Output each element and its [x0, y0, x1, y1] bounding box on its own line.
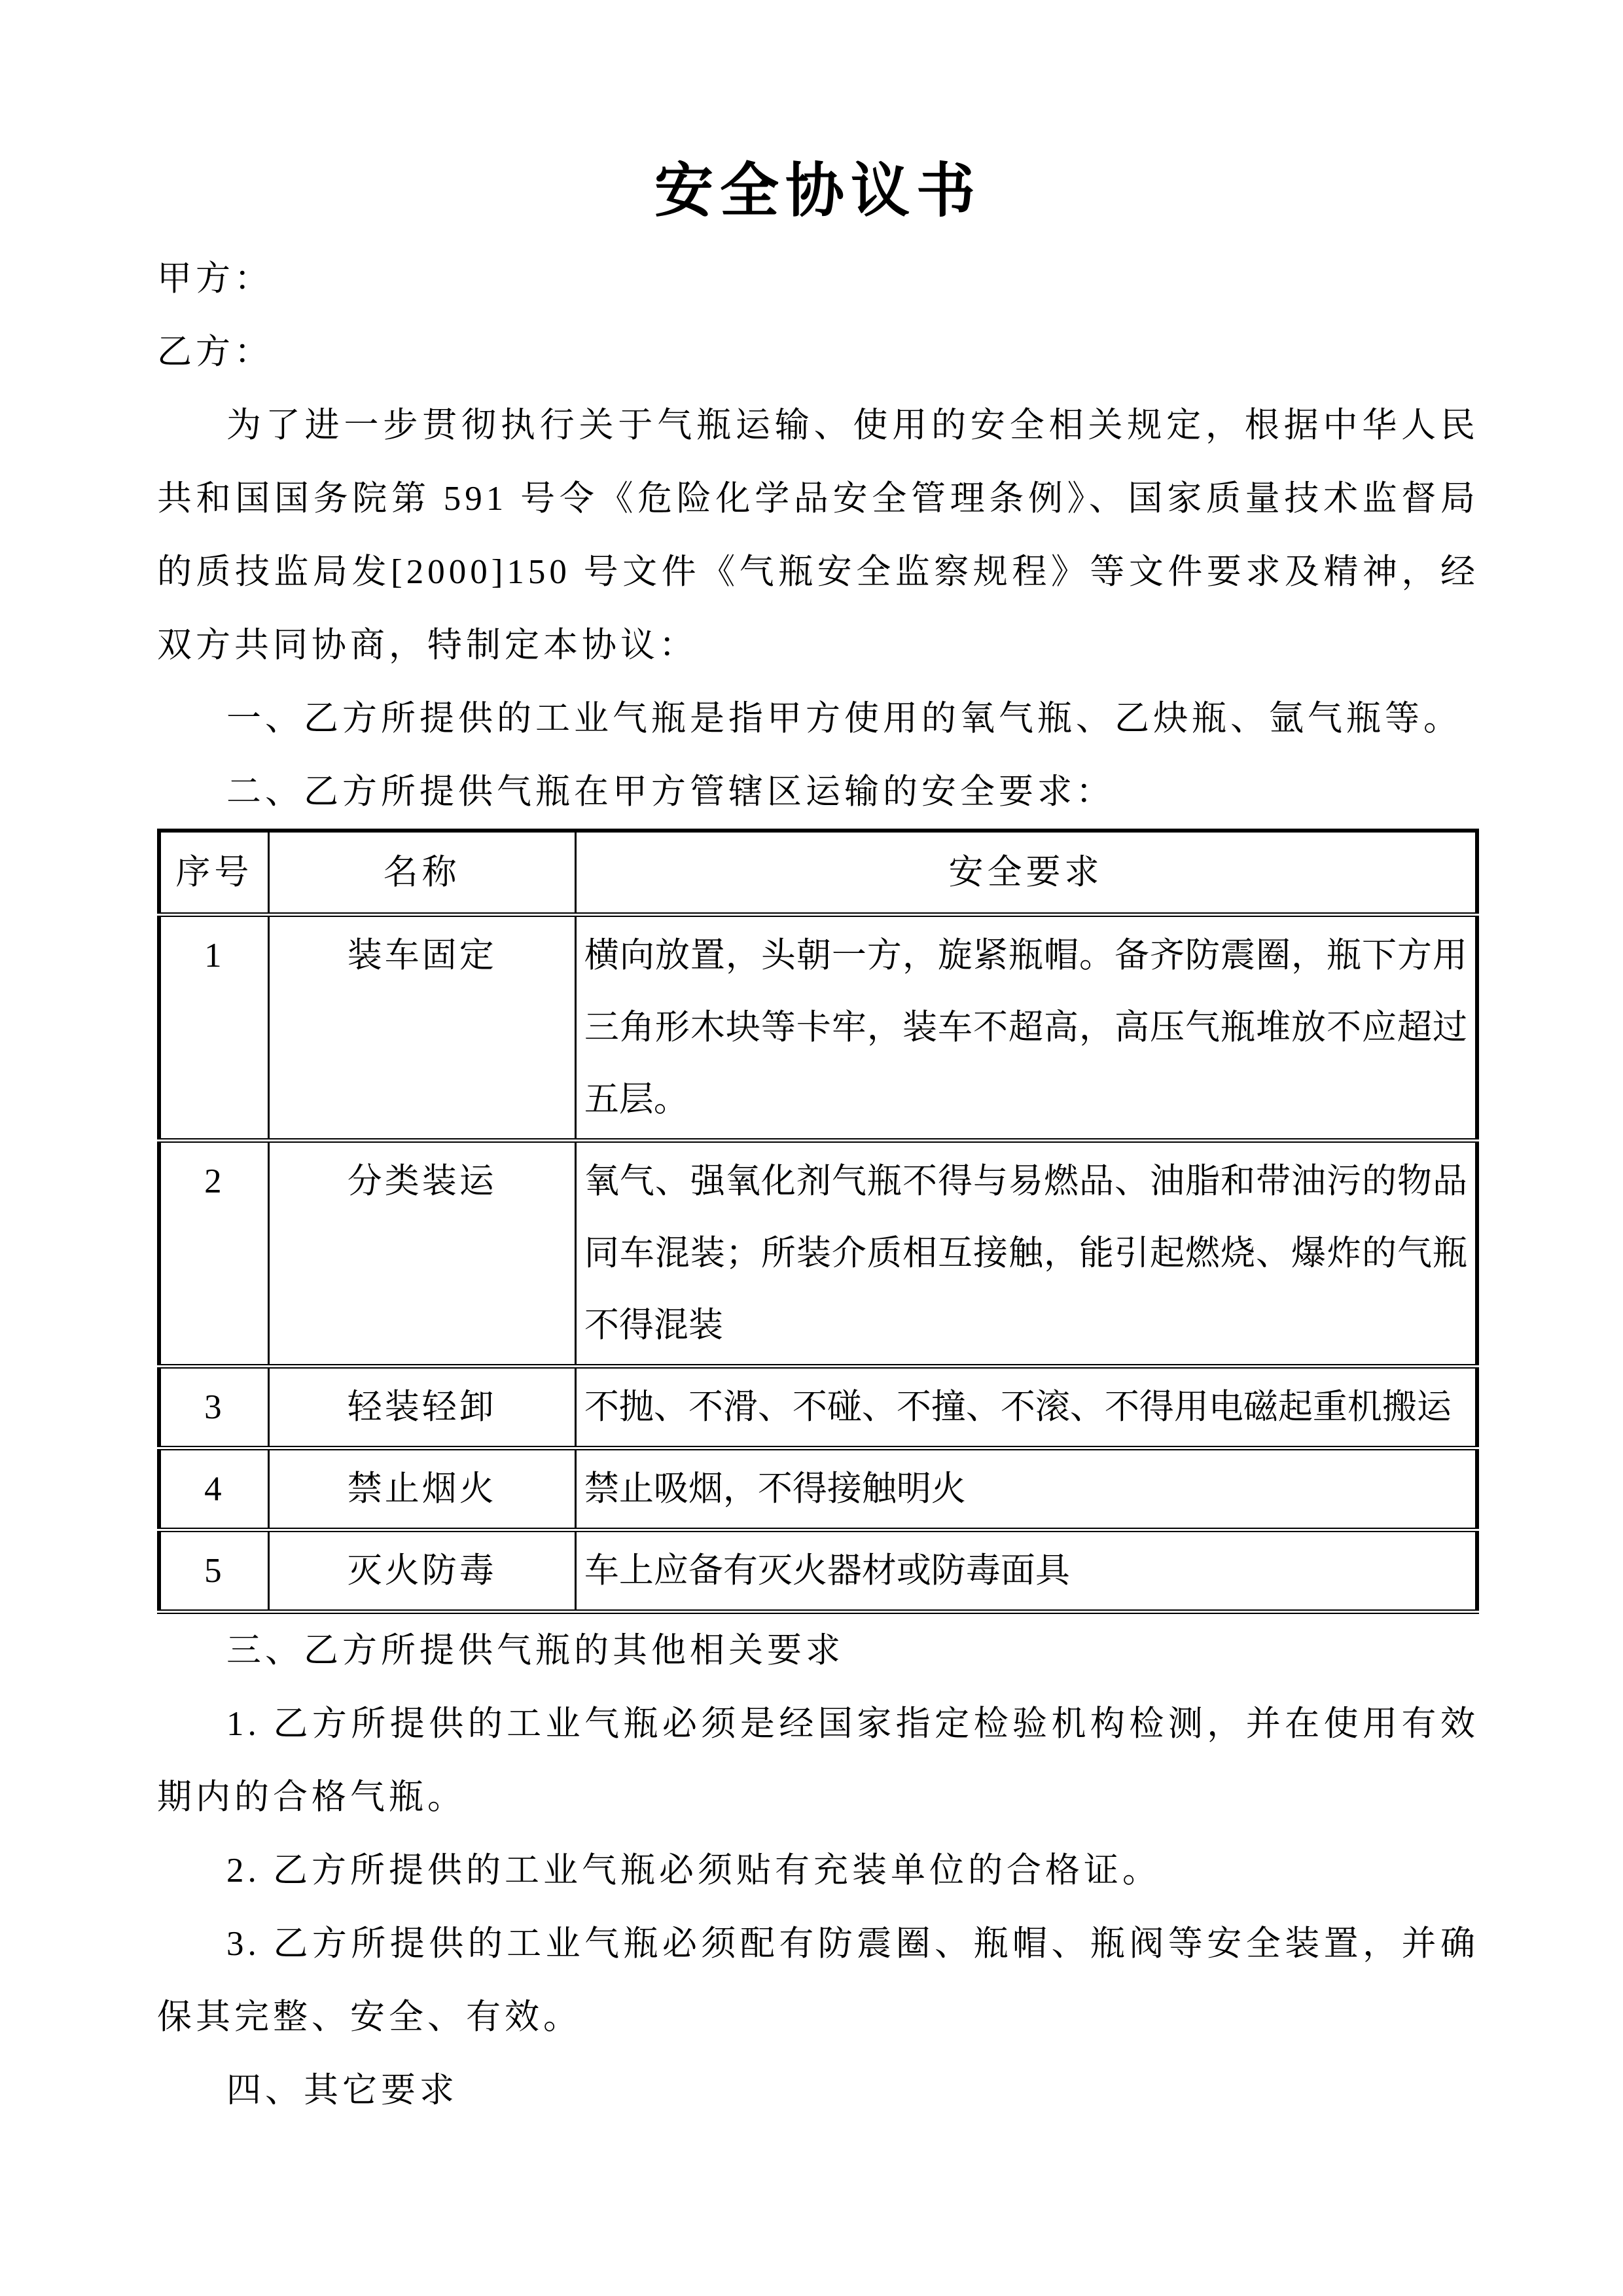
- document-page: 安全协议书 甲方： 乙方： 为了进一步贯彻执行关于气瓶运输、使用的安全相关规定，…: [0, 0, 1623, 2296]
- row-name-cell: 禁止烟火: [268, 1448, 575, 1530]
- row-no-cell: 2: [159, 1141, 268, 1367]
- row-requirement-cell: 不抛、不滑、不碰、不撞、不滚、不得用电磁起重机搬运: [575, 1367, 1477, 1448]
- clause-three: 三、乙方所提供气瓶的其他相关要求: [157, 1614, 1479, 1687]
- row-requirement-cell: 氧气、强氧化剂气瓶不得与易燃品、油脂和带油污的物品同车混装；所装介质相互接触，能…: [575, 1141, 1477, 1367]
- row-no-cell: 3: [159, 1367, 268, 1448]
- row-name-cell: 轻装轻卸: [268, 1367, 575, 1448]
- row-no-cell: 5: [159, 1530, 268, 1612]
- table-row: 4 禁止烟火 禁止吸烟，不得接触明火: [159, 1448, 1477, 1530]
- intro-paragraph: 为了进一步贯彻执行关于气瓶运输、使用的安全相关规定，根据中华人民共和国国务院第 …: [157, 389, 1479, 682]
- document-title: 安全协议书: [157, 157, 1479, 226]
- table-row: 1 装车固定 横向放置，头朝一方，旋紧瓶帽。备齐防震圈，瓶下方用三角形木块等卡牢…: [159, 915, 1477, 1141]
- header-name: 名称: [268, 831, 575, 915]
- header-no: 序号: [159, 831, 268, 915]
- row-requirement-cell: 横向放置，头朝一方，旋紧瓶帽。备齐防震圈，瓶下方用三角形木块等卡牢，装车不超高，…: [575, 915, 1477, 1141]
- row-requirement-cell: 禁止吸烟，不得接触明火: [575, 1448, 1477, 1530]
- numbered-item-2: 2. 乙方所提供的工业气瓶必须贴有充装单位的合格证。: [157, 1834, 1479, 1907]
- header-requirement: 安全要求: [575, 831, 1477, 915]
- numbered-item-3: 3. 乙方所提供的工业气瓶必须配有防震圈、瓶帽、瓶阀等安全装置，并确保其完整、安…: [157, 1907, 1479, 2054]
- row-name-cell: 灭火防毒: [268, 1530, 575, 1612]
- row-no-cell: 4: [159, 1448, 268, 1530]
- table-header-row: 序号 名称 安全要求: [159, 831, 1477, 915]
- table-row: 2 分类装运 氧气、强氧化剂气瓶不得与易燃品、油脂和带油污的物品同车混装；所装介…: [159, 1141, 1477, 1367]
- clause-four: 四、其它要求: [157, 2054, 1479, 2127]
- row-name-cell: 分类装运: [268, 1141, 575, 1367]
- row-requirement-cell: 车上应备有灭火器材或防毒面具: [575, 1530, 1477, 1612]
- row-no-cell: 1: [159, 915, 268, 1141]
- clause-one: 一、乙方所提供的工业气瓶是指甲方使用的氧气瓶、乙炔瓶、氩气瓶等。: [157, 682, 1479, 755]
- numbered-item-1: 1. 乙方所提供的工业气瓶必须是经国家指定检验机构检测，并在使用有效期内的合格气…: [157, 1687, 1479, 1834]
- table-row: 3 轻装轻卸 不抛、不滑、不碰、不撞、不滚、不得用电磁起重机搬运: [159, 1367, 1477, 1448]
- safety-requirements-table: 序号 名称 安全要求 1 装车固定 横向放置，头朝一方，旋紧瓶帽。备齐防震圈，瓶…: [157, 829, 1479, 1614]
- party-b-line: 乙方：: [157, 315, 1479, 389]
- clause-two: 二、乙方所提供气瓶在甲方管辖区运输的安全要求：: [157, 755, 1479, 829]
- row-name-cell: 装车固定: [268, 915, 575, 1141]
- table-row: 5 灭火防毒 车上应备有灭火器材或防毒面具: [159, 1530, 1477, 1612]
- party-a-line: 甲方：: [157, 242, 1479, 315]
